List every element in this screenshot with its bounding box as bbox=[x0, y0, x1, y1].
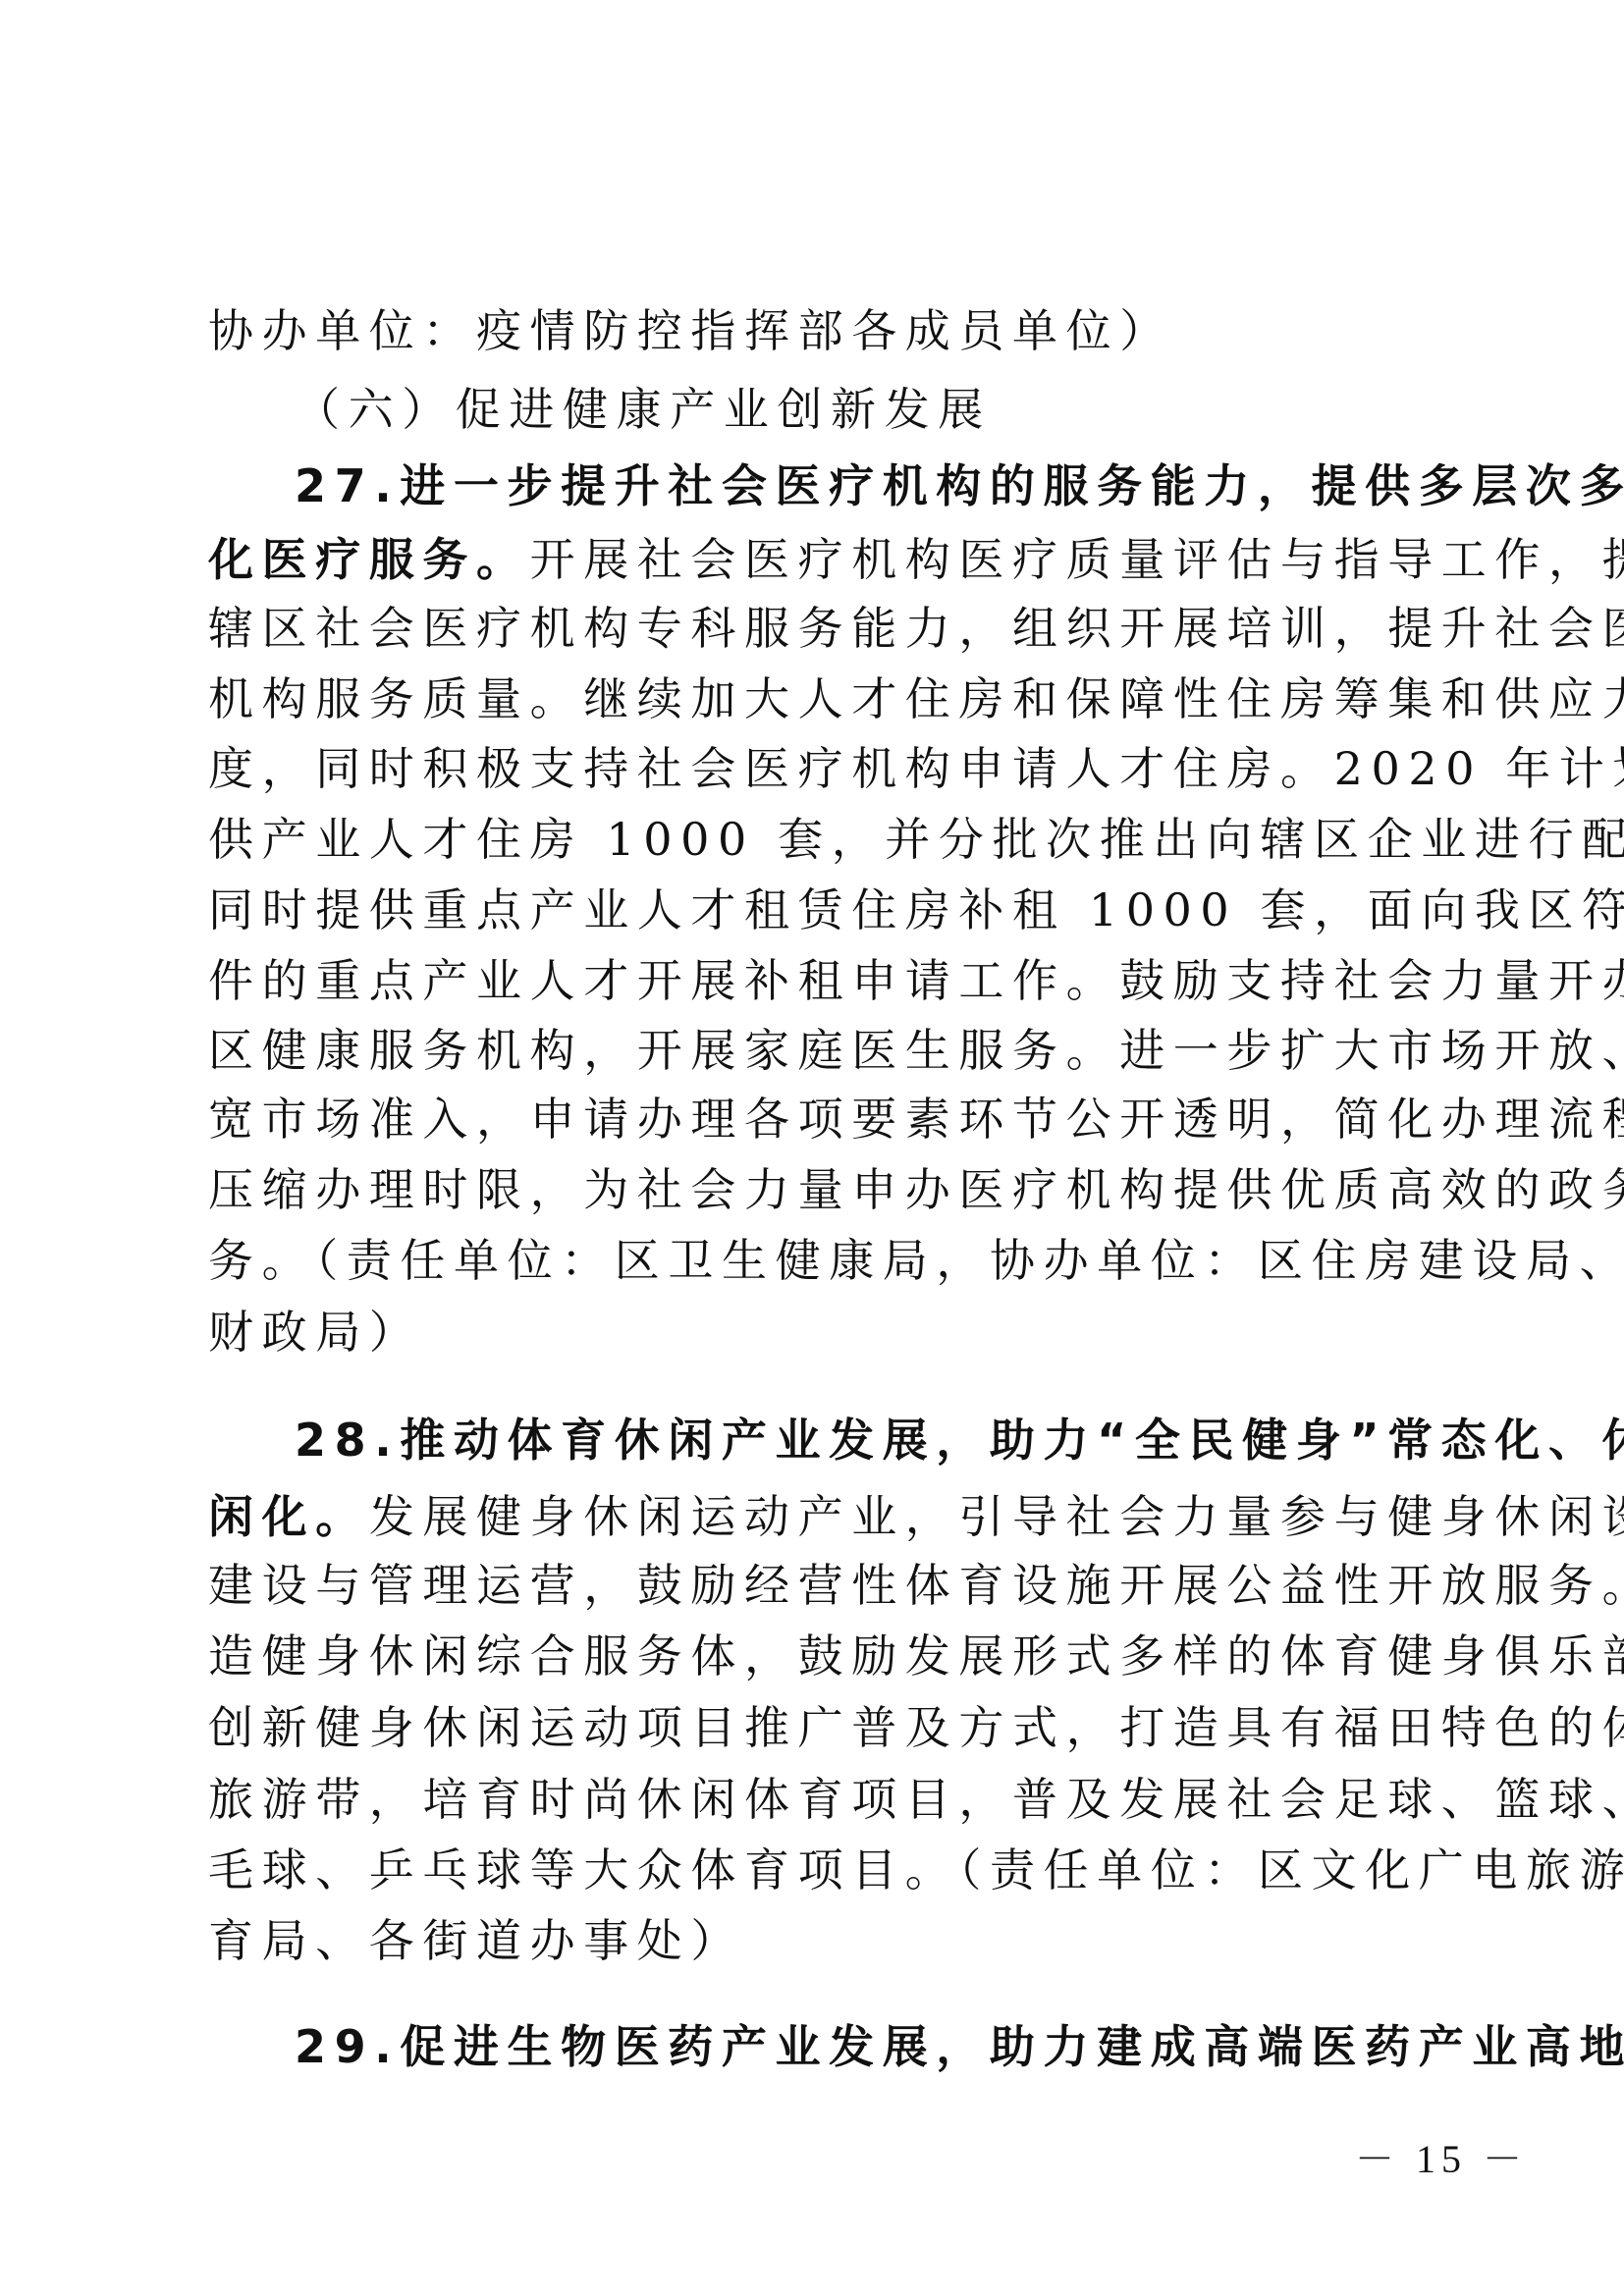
text-line: 宽市场准入，申请办理各项要素环节公开透明，简化办理流程， bbox=[208, 1085, 1435, 1153]
text-line: 闲化。发展健身休闲运动产业，引导社会力量参与健身休闲设施 bbox=[208, 1482, 1435, 1551]
text-line: 度，同时积极支持社会医疗机构申请人才住房。2020 年计划提 bbox=[208, 734, 1435, 803]
item-28-title: 28.推动体育休闲产业发展，助力“全民健身”常态化、休 bbox=[295, 1414, 1624, 1467]
item-27-title-end: 化医疗服务。 bbox=[208, 533, 530, 586]
text-line: 育局、各街道办事处） bbox=[208, 1906, 1435, 1975]
item-27-heading: 27.进一步提升社会医疗机构的服务能力，提供多层次多样 bbox=[295, 452, 1435, 520]
line-text: 财政局） bbox=[208, 1306, 422, 1359]
text-line: 旅游带，培育时尚休闲体育项目，普及发展社会足球、篮球、羽 bbox=[208, 1765, 1435, 1834]
line-text: 毛球、乒乓球等大众体育项目。（责任单位：区文化广电旅游体 bbox=[208, 1843, 1624, 1896]
line-text: 发展健身休闲运动产业，引导社会力量参与健身休闲设施 bbox=[369, 1490, 1624, 1543]
item-29-title: 29.促进生物医药产业发展，助力建成高端医药产业高地。 bbox=[295, 2020, 1624, 2073]
text-line: 机构服务质量。继续加大人才住房和保障性住房筹集和供应力 bbox=[208, 665, 1435, 733]
item-28-title-end: 闲化。 bbox=[208, 1490, 369, 1543]
text-line: 件的重点产业人才开展补租申请工作。鼓励支持社会力量开办社 bbox=[208, 946, 1435, 1015]
line-text: 压缩办理时限，为社会力量申办医疗机构提供优质高效的政务服 bbox=[208, 1163, 1624, 1216]
line-text: 度，同时积极支持社会医疗机构申请人才住房。2020 年计划提 bbox=[208, 742, 1624, 795]
text-line: 财政局） bbox=[208, 1298, 1435, 1366]
document-page: 协办单位：疫情防控指挥部各成员单位） （六）促进健康产业创新发展 27.进一步提… bbox=[0, 0, 1624, 2296]
line-text: 创新健身休闲运动项目推广普及方式，打造具有福田特色的体育 bbox=[208, 1701, 1624, 1754]
line-text: 机构服务质量。继续加大人才住房和保障性住房筹集和供应力 bbox=[208, 672, 1624, 725]
item-27-title: 27.进一步提升社会医疗机构的服务能力，提供多层次多样 bbox=[295, 459, 1624, 512]
line-text: 旅游带，培育时尚休闲体育项目，普及发展社会足球、篮球、羽 bbox=[208, 1773, 1624, 1826]
section-heading-text: （六）促进健康产业创新发展 bbox=[295, 383, 992, 436]
line-text: 开展社会医疗机构医疗质量评估与指导工作，提升 bbox=[530, 533, 1624, 586]
text-line-coordinating-units: 协办单位：疫情防控指挥部各成员单位） bbox=[208, 296, 1435, 365]
text-line: 区健康服务机构，开展家庭医生服务。进一步扩大市场开放、放 bbox=[208, 1016, 1435, 1085]
text-line: 毛球、乒乓球等大众体育项目。（责任单位：区文化广电旅游体 bbox=[208, 1836, 1435, 1904]
section-heading-6: （六）促进健康产业创新发展 bbox=[295, 375, 1435, 444]
text-line: 化医疗服务。开展社会医疗机构医疗质量评估与指导工作，提升 bbox=[208, 525, 1435, 594]
line-text: 造健身休闲综合服务体，鼓励发展形式多样的体育健身俱乐部。 bbox=[208, 1629, 1624, 1682]
line-text: 育局、各街道办事处） bbox=[208, 1914, 744, 1967]
line-text: 同时提供重点产业人才租赁住房补租 1000 套，面向我区符合条 bbox=[208, 883, 1624, 936]
text-line: 创新健身休闲运动项目推广普及方式，打造具有福田特色的体育 bbox=[208, 1693, 1435, 1762]
text-line: 辖区社会医疗机构专科服务能力，组织开展培训，提升社会医疗 bbox=[208, 594, 1435, 663]
text-line: 压缩办理时限，为社会力量申办医疗机构提供优质高效的政务服 bbox=[208, 1155, 1435, 1224]
line-text: 辖区社会医疗机构专科服务能力，组织开展培训，提升社会医疗 bbox=[208, 602, 1624, 655]
item-28-heading: 28.推动体育休闲产业发展，助力“全民健身”常态化、休 bbox=[295, 1406, 1435, 1474]
item-29-heading: 29.促进生物医药产业发展，助力建成高端医药产业高地。 bbox=[295, 2012, 1435, 2081]
line-text: 务。（责任单位：区卫生健康局，协办单位：区住房建设局、区 bbox=[208, 1234, 1624, 1287]
line-text: 建设与管理运营，鼓励经营性体育设施开展公益性开放服务。打 bbox=[208, 1559, 1624, 1612]
text-line: 务。（责任单位：区卫生健康局，协办单位：区住房建设局、区 bbox=[208, 1226, 1435, 1295]
text-line: 供产业人才住房 1000 套，并分批次推出向辖区企业进行配租， bbox=[208, 805, 1435, 874]
line-text: 供产业人才住房 1000 套，并分批次推出向辖区企业进行配租， bbox=[208, 813, 1624, 866]
line-text: 件的重点产业人才开展补租申请工作。鼓励支持社会力量开办社 bbox=[208, 954, 1624, 1007]
text-line: 同时提供重点产业人才租赁住房补租 1000 套，面向我区符合条 bbox=[208, 876, 1435, 944]
text-line: 造健身休闲综合服务体，鼓励发展形式多样的体育健身俱乐部。 bbox=[208, 1622, 1435, 1690]
text-line: 建设与管理运营，鼓励经营性体育设施开展公益性开放服务。打 bbox=[208, 1551, 1435, 1620]
line-text: 宽市场准入，申请办理各项要素环节公开透明，简化办理流程， bbox=[208, 1093, 1624, 1146]
line-text: 协办单位：疫情防控指挥部各成员单位） bbox=[208, 304, 1173, 357]
page-number: － 15 － bbox=[1355, 2130, 1453, 2189]
line-text: 区健康服务机构，开展家庭医生服务。进一步扩大市场开放、放 bbox=[208, 1024, 1624, 1077]
